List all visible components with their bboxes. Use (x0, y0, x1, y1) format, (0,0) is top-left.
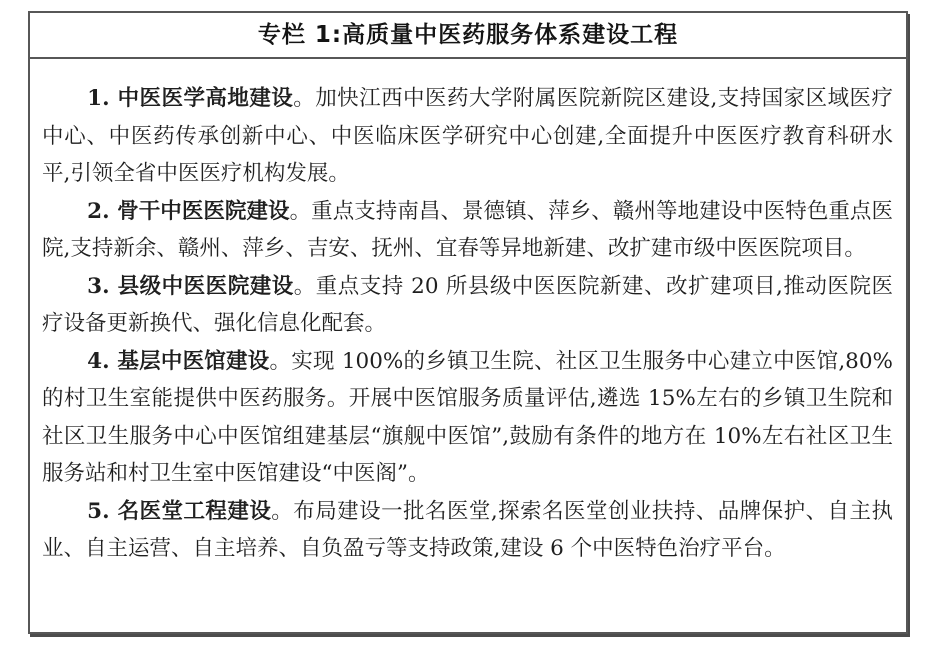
paragraph-4-separator: 。 (270, 349, 292, 374)
paragraph-4-number: 4. (87, 349, 109, 374)
paragraph-5-separator: 。 (271, 499, 293, 524)
paragraph-5-number: 5. (87, 499, 109, 524)
paragraph-4-label: 基层中医馆建设 (117, 349, 269, 374)
paragraph-3-number: 3. (87, 274, 109, 299)
paragraph-3-separator: 。 (294, 274, 316, 299)
box-body: 1.中医医学高地建设。加快江西中医药大学附属医院新院区建设,支持国家区域医疗中心… (30, 59, 906, 568)
paragraph-5: 5.名医堂工程建设。布局建设一批名医堂,探索名医堂创业扶持、品牌保护、自主执业、… (42, 493, 893, 568)
paragraph-1-number: 1. (87, 86, 109, 111)
paragraph-2-label: 骨干中医医院建设 (117, 199, 289, 224)
document-page: 专栏 1:高质量中医药服务体系建设工程 1.中医医学高地建设。加快江西中医药大学… (0, 0, 936, 655)
paragraph-1-separator: 。 (293, 86, 315, 111)
paragraph-5-label: 名医堂工程建设 (117, 499, 271, 524)
paragraph-4: 4.基层中医馆建设。实现 100%的乡镇卫生院、社区卫生服务中心建立中医馆,80… (42, 343, 893, 493)
paragraph-1-label: 中医医学高地建设 (117, 86, 293, 111)
paragraph-3-label: 县级中医医院建设 (117, 274, 294, 299)
box-title: 专栏 1:高质量中医药服务体系建设工程 (30, 13, 906, 59)
paragraph-2-number: 2. (87, 199, 109, 224)
paragraph-3: 3.县级中医医院建设。重点支持 20 所县级中医医院新建、改扩建项目,推动医院医… (42, 268, 893, 343)
paragraph-1: 1.中医医学高地建设。加快江西中医药大学附属医院新院区建设,支持国家区域医疗中心… (42, 80, 893, 193)
paragraph-2: 2.骨干中医医院建设。重点支持南昌、景德镇、萍乡、赣州等地建设中医特色重点医院,… (42, 193, 893, 268)
paragraph-2-separator: 。 (290, 199, 312, 224)
special-column-box: 专栏 1:高质量中医药服务体系建设工程 1.中医医学高地建设。加快江西中医药大学… (28, 11, 908, 634)
